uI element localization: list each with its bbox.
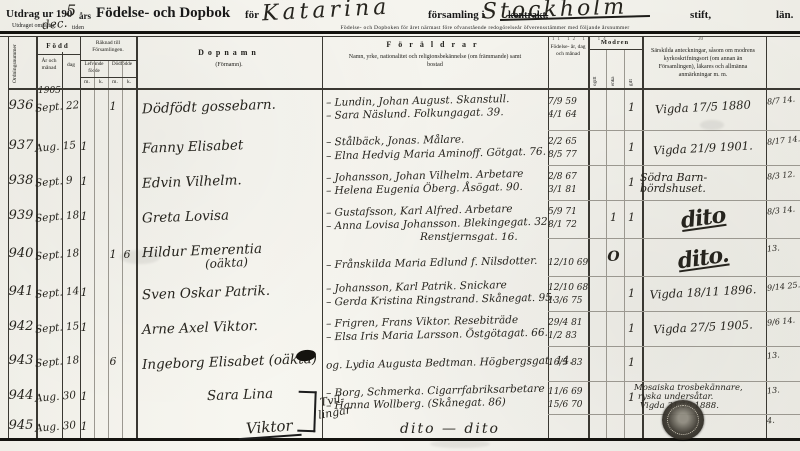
mother-line: – Elna Hedvig Maria Aminoff. Götgat. 76.	[326, 146, 546, 163]
baptism-name: Sara Lina	[207, 386, 274, 404]
column-female-2: k.	[122, 79, 136, 86]
mother-birthdate: 8/1 72	[548, 220, 577, 230]
entry-number: 939	[6, 208, 36, 223]
entry-number: 936	[6, 98, 36, 113]
entry-date: Sept. 22	[35, 99, 80, 115]
baptism-name: Dödfödt gossebarn.	[142, 97, 276, 118]
margin-note: 8/3 12.	[767, 170, 796, 182]
mother-line: – Frånskilda Maria Edlund f. Nilsdotter.	[326, 255, 538, 271]
entry-number: 941	[6, 284, 36, 299]
liveborn-mark: 1	[77, 390, 91, 403]
father-birthdate: 2/2 65	[548, 137, 577, 147]
baptism-name: Ingeborg Elisabet (oäkta)	[142, 351, 317, 373]
margin-note: 9/14 25.	[767, 280, 800, 292]
mother-birthdate: 13/6 75	[548, 296, 583, 306]
margin-note: 8/7 14.	[767, 95, 796, 107]
mother-status-ring: O	[606, 249, 621, 265]
entry-number: 945	[6, 418, 36, 433]
column-first-name: (Förnamn).	[136, 61, 322, 69]
entry-date: Aug. 30	[35, 389, 77, 405]
mother-birthdate: 3/1 81	[548, 185, 577, 195]
grid-line	[36, 54, 80, 55]
margin-note: 13.	[767, 350, 781, 360]
ditto-scrawl: dito.	[641, 237, 765, 280]
liveborn-mark: 1	[77, 420, 91, 433]
scan-smudge	[700, 120, 724, 130]
entry-date: Sept. 18	[35, 354, 80, 370]
column-numbers-left: 11 12 13 14	[552, 37, 638, 42]
grid-line	[588, 49, 642, 50]
entry-date: Sept. 18	[35, 247, 80, 263]
column-parent-birthdate: Födelse- år, dag och månad	[549, 44, 587, 59]
mother-birthdate: 12/10 69	[548, 258, 588, 268]
stillborn-mark: 1	[106, 100, 120, 113]
column-mother-unmarried: ogift	[593, 52, 598, 86]
baptism-name: Sven Oskar Patrik.	[142, 283, 270, 303]
special-note: Vigda 17/5 1880	[642, 97, 765, 117]
father-birthdate: 29/4 81	[548, 318, 583, 328]
mother-status-mark: 1	[624, 141, 639, 154]
column-born: Född	[36, 42, 80, 51]
mother-birthdate: 4/1 64	[548, 110, 577, 120]
father-birthdate: 11/6 69	[548, 387, 583, 397]
entry-number: 938	[6, 173, 36, 188]
table-row-941: 941 Sept. 14 1 Sven Oskar Patrik. – Joha…	[0, 281, 800, 321]
mother-line: – Sara Näslund. Folkungagat. 39.	[326, 106, 504, 122]
mother-status-mark: 1	[624, 322, 639, 335]
baptism-name: Arne Axel Viktor.	[142, 318, 258, 338]
mother-birthdate: 16/5 83	[548, 358, 583, 368]
column-parents-sub: Namn, yrke, nationalitet och religionsbe…	[342, 53, 528, 69]
margin-note: 9/6 14.	[767, 316, 796, 328]
entry-number: 940	[6, 246, 36, 261]
column-year-month: År och månad	[36, 58, 62, 73]
table-row-937: 937 Aug. 15 1 Fanny Elisabet – Stålbäck,…	[0, 135, 800, 175]
mother-status-mark: 1	[624, 356, 639, 369]
mother-status-mark: 1	[624, 287, 639, 300]
seal-inner-ring	[667, 405, 699, 435]
parish-handwritten: Katarina	[261, 0, 390, 26]
liveborn-mark: 1	[77, 175, 91, 188]
entry-date: Sept. 18	[35, 209, 80, 225]
count-mark: 6	[106, 355, 120, 368]
mother-line: og. Lydia Augusta Bedtman. Högbergsgat. …	[326, 354, 573, 371]
entry-number: 943	[6, 353, 36, 368]
table-row-940: 940 Sept. 18 1 6 Hildur Emerentia (oäkta…	[0, 243, 800, 283]
liveborn-mark: 1	[77, 286, 91, 299]
liveborn-mark: 1	[77, 140, 91, 153]
book-title: Födelse- och Dopbok	[96, 5, 230, 22]
for-label: för	[245, 9, 259, 21]
column-parents: Föräldrar	[322, 40, 548, 51]
table-row-938: 938 Sept. 9 1 Edvin Vilhelm. – Johansson…	[0, 170, 800, 210]
mother-status-mark: 1	[606, 211, 621, 224]
scope-handwritten: dec.	[41, 16, 68, 33]
father-birthdate: 2/8 67	[548, 172, 577, 182]
entry-date: Sept. 15	[35, 320, 80, 336]
top-rule	[0, 31, 800, 34]
column-male-1: m.	[80, 79, 94, 86]
column-day: dag	[62, 62, 80, 69]
stift-label: stift,	[690, 9, 711, 21]
header-bottom-rule	[8, 88, 800, 90]
entry-date: Sept. 14	[35, 285, 80, 301]
column-number-right: 20	[698, 37, 703, 42]
mother-birthdate: 15/6 70	[548, 400, 583, 410]
ars-label: års	[79, 11, 91, 21]
margin-note: 4.	[767, 416, 776, 426]
entry-year: 1905	[38, 86, 61, 96]
seal-stamp-icon	[662, 400, 704, 440]
year-handwritten: 5	[66, 1, 76, 20]
special-note: Vigda 27/5 1905.	[642, 317, 765, 337]
liveborn-mark: 1	[77, 321, 91, 334]
ditto-parents: dito — dito	[400, 421, 500, 437]
margin-note: 8/3 14.	[767, 205, 796, 217]
grid-line	[80, 60, 136, 61]
scanned-birth-record-page: Utdrag ur 190 5 års Födelse- och Dopbok …	[0, 0, 800, 451]
count-mark: 1	[106, 248, 120, 261]
margin-note: 13.	[767, 243, 781, 253]
entry-number: 944	[6, 388, 36, 403]
special-note-line2: bördshuset.	[640, 182, 706, 195]
lan-label: län.	[776, 9, 793, 21]
mother-status-mark: 1	[624, 211, 639, 224]
entry-date: Aug. 30	[35, 419, 77, 435]
scan-smudge	[430, 440, 490, 448]
entry-number: 937	[6, 138, 36, 153]
top-rule-thin	[0, 36, 800, 37]
column-mother-married: gift	[629, 52, 634, 86]
mother-birthdate: 1/2 83	[548, 331, 577, 341]
entry-date: Sept. 9	[35, 174, 74, 189]
column-mother-widow: enka	[611, 52, 616, 86]
mother-birthdate: 8/5 77	[548, 150, 577, 160]
baptism-name: Greta Lovisa	[142, 207, 230, 226]
table-row-936: 936 1905 Sept. 22 1 Dödfödt gossebarn. –…	[0, 95, 800, 135]
column-special-notes: Särskilda anteckningar, såsom om modrens…	[646, 47, 760, 79]
column-ordinal-number: Ordningsnummer	[12, 42, 19, 86]
forsamling-label: församling i	[428, 9, 485, 21]
margin-note: 8/17 14.	[767, 134, 800, 146]
illegitimate-note: (oäkta)	[205, 255, 249, 271]
baptism-name: Edvin Vilhelm.	[142, 172, 242, 191]
column-female-1: k.	[94, 79, 108, 86]
special-note: Vigda 18/11 1896.	[642, 282, 765, 302]
baptism-name: Viktor	[237, 416, 301, 440]
father-line: – Stålbäck, Jonas. Målare.	[326, 134, 465, 149]
liveborn-mark: 1	[77, 210, 91, 223]
entry-date: Aug. 15	[35, 139, 77, 155]
baptism-name: Fanny Elisabet	[142, 137, 244, 157]
entry-number: 942	[6, 319, 36, 334]
column-counted-to-parish: Räknad till Församlingen.	[80, 40, 136, 55]
grid-line	[80, 77, 136, 78]
margin-note: 13.	[767, 385, 781, 395]
special-note: Vigda 21/9 1901.	[642, 138, 765, 158]
mother-line: – Hanna Wollberg. (Skånegat. 86)	[326, 396, 506, 412]
column-baptism-name: Dopnamn	[136, 48, 322, 59]
father-birthdate: 7/9 59	[548, 97, 577, 107]
twin-bracket	[297, 391, 316, 433]
mother-status-mark: 1	[624, 176, 639, 189]
scan-smudge	[120, 250, 160, 264]
mother-status-mark: 1	[624, 101, 639, 114]
mother-address-line2: Renstjernsgat. 16.	[420, 231, 518, 243]
table-row-939: 939 Sept. 18 1 Greta Lovisa – Gustafsson…	[0, 205, 800, 245]
father-birthdate: 5/9 71	[548, 207, 577, 217]
column-male-2: m.	[108, 79, 122, 86]
